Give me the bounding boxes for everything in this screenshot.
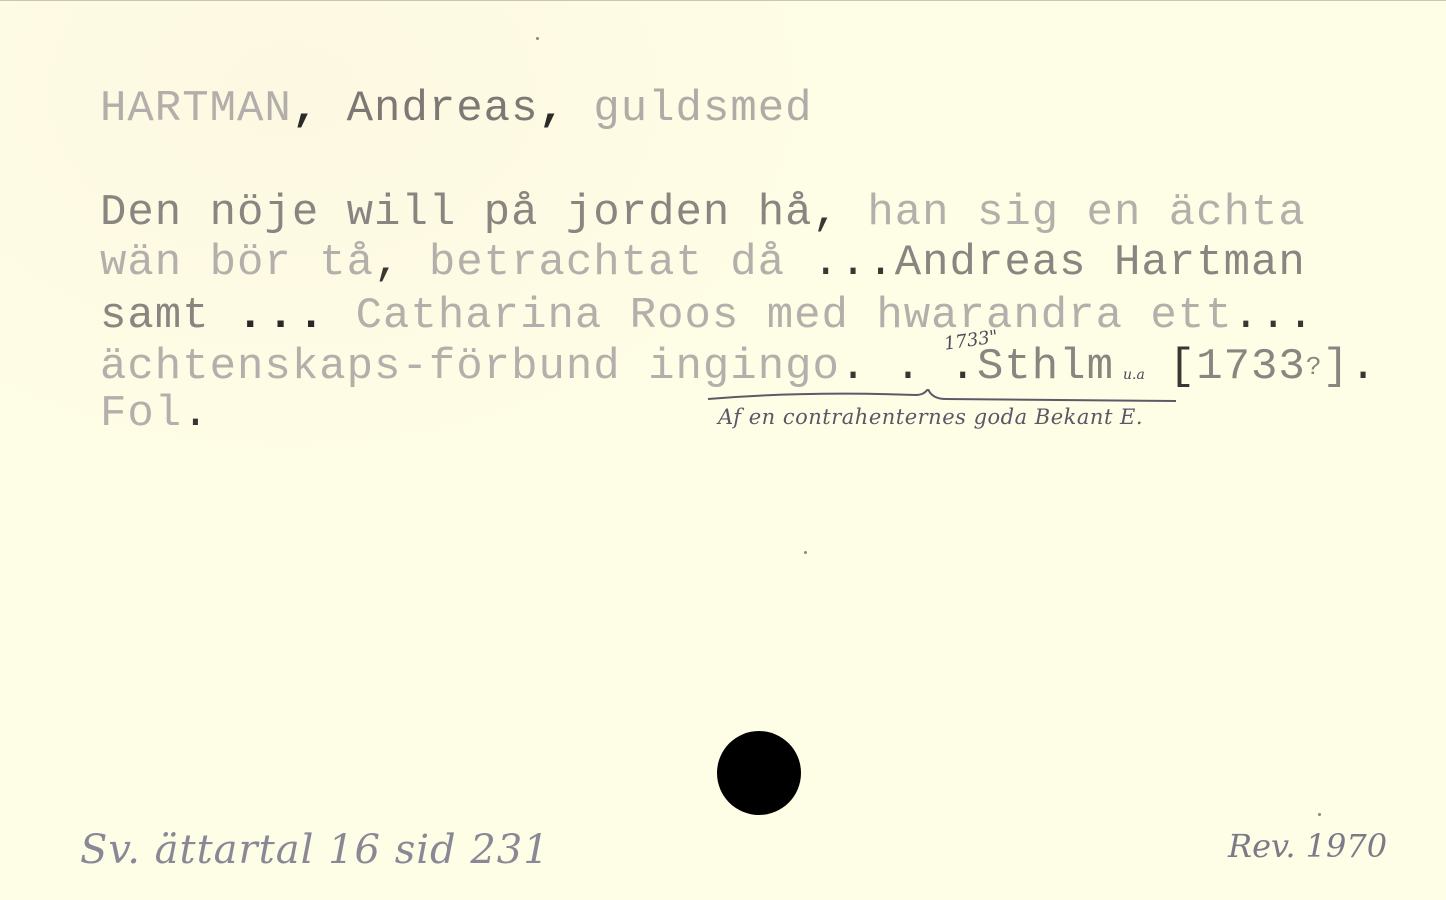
paper-speck: [804, 551, 807, 554]
text-segment: ,: [813, 188, 840, 238]
text-segment: samt: [100, 291, 237, 341]
text-segment: wän bör tå: [100, 238, 374, 288]
handwritten-revision-note: Rev. 1970: [1228, 827, 1387, 865]
ellipsis: ...: [1233, 291, 1315, 341]
heading-separator: ,: [292, 84, 347, 134]
place-abbreviation: Sthlm: [977, 342, 1114, 392]
text-segment: betrachtat då: [401, 238, 812, 288]
brace-mark: [706, 389, 1286, 405]
paper-speck: [536, 37, 539, 40]
ellipsis: ...: [813, 238, 895, 288]
card-heading: HARTMAN, Andreas, guldsmed: [100, 83, 813, 135]
text-segment: ,: [374, 238, 401, 288]
body-line-3: samt ... Catharina Roos med hwarandra et…: [100, 290, 1315, 342]
text-segment: Den nöje will på jorden hå: [100, 188, 813, 238]
period: .: [1350, 342, 1377, 392]
occupation: guldsmed: [593, 84, 812, 134]
given-name: Andreas: [347, 84, 539, 134]
body-line-4: ächtenskaps-förbund ingingo. . .Sthlm [1…: [100, 341, 1377, 393]
surname: HARTMAN: [100, 84, 292, 134]
handwritten-ua: u.a: [1123, 367, 1145, 383]
handwritten-source-reference: Sv. ättartal 16 sid 231: [80, 827, 550, 873]
format-abbreviation: Fol: [100, 389, 182, 439]
punch-hole: [717, 731, 801, 815]
text-segment: Catharina Roos med hwarandra ett: [328, 291, 1232, 341]
uncertainty-mark: ?: [1306, 352, 1323, 382]
body-line-1: Den nöje will på jorden hå, han sig en ä…: [100, 187, 1306, 239]
body-line-2: wän bör tå, betrachtat då ...Andreas Har…: [100, 237, 1306, 289]
year: 1733: [1196, 342, 1306, 392]
bracket-close: ]: [1322, 342, 1349, 392]
text-segment: han sig en ächta: [840, 188, 1306, 238]
body-line-5: Fol.: [100, 388, 210, 440]
heading-separator: ,: [539, 84, 594, 134]
period: .: [182, 389, 209, 439]
text-segment: ächtenskaps-förbund ingingo: [100, 342, 840, 392]
index-card: HARTMAN, Andreas, guldsmed Den nöje will…: [0, 0, 1446, 900]
ellipsis: ...: [237, 291, 328, 341]
bracket-open: [: [1169, 342, 1196, 392]
text-segment: Andreas Hartman: [895, 238, 1306, 288]
handwritten-brace-note: Af en contrahenternes goda Bekant E.: [718, 405, 1143, 429]
paper-speck: [1318, 813, 1321, 816]
